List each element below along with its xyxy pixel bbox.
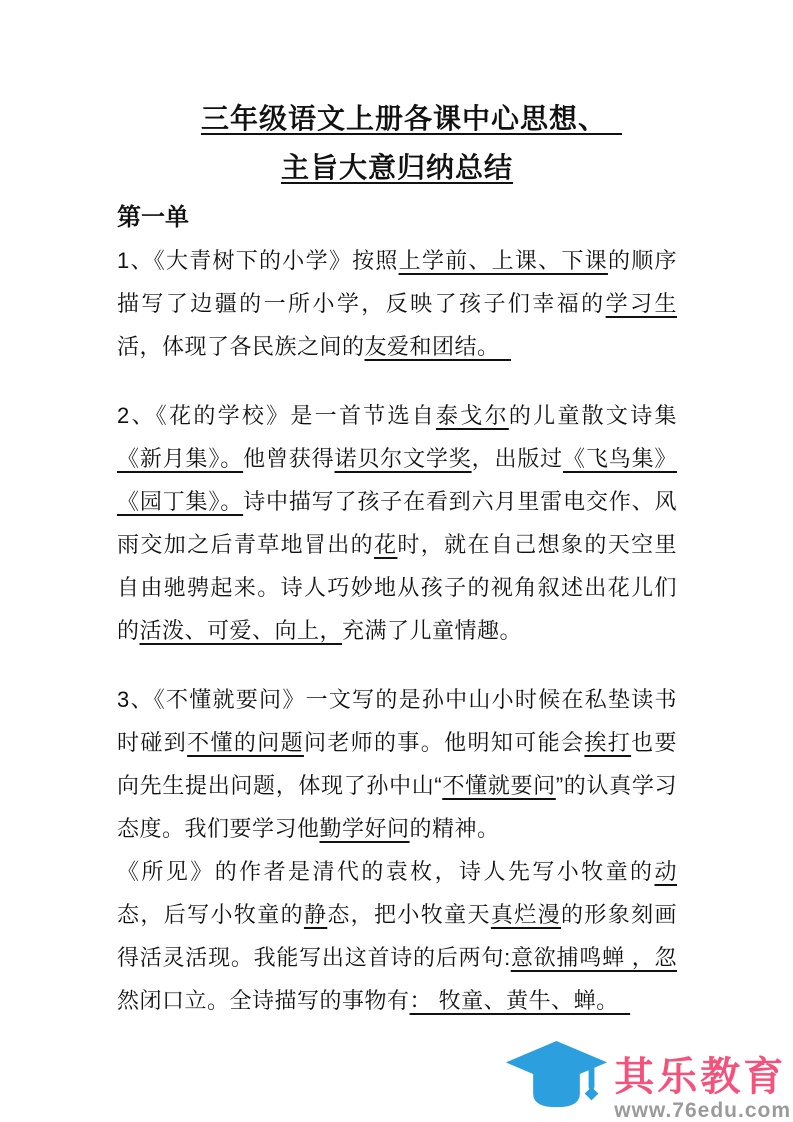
text-segment: 诺贝尔文学奖 [335,446,472,471]
logo-name: 其乐教育 [614,1055,791,1099]
text-segment: ，出版过 [472,446,563,471]
document-content: 三年级语文上册各课中心思想、 主旨大意归纳总结 第一单 1、《大青树下的小学》按… [117,94,677,1022]
text-segment: 全诗描写的事物有 [230,988,410,1013]
text-segment: 勤学好问 [320,816,410,841]
text-segment: 不懂的问题 [187,730,304,755]
doc-title: 三年级语文上册各课中心思想、 主旨大意归纳总结 [117,94,677,192]
text-segment: 挨打 [584,730,631,755]
text-segment: 《花的学校》 [156,403,291,428]
text-segment: 是一首节选自 [290,403,436,428]
site-logo: 其乐教育 www.76edu.com [503,1035,791,1122]
text-segment: 《所见》 [117,859,215,884]
text-segment: 学习生 [606,291,677,316]
graduation-cap-icon [503,1035,610,1121]
text-segment: 态，把小牧童天 [327,902,491,927]
logo-url: www.76edu.com [614,1099,791,1122]
text-segment: 意欲捕鸣蝉 ，忽 [511,945,677,970]
text-segment: ： 牧童、黄牛、蝉。 [410,988,631,1013]
text-segment: 《不懂就要问》 [154,687,306,712]
paragraph-lesson-3: 3、《不懂就要问》一文写的是孙中山小时候在私垫读书时碰到不懂的问题问老师的事。他… [117,678,677,850]
text-segment: 的作者是清代的袁枚，诗人先写小牧童的 [215,859,655,884]
text-segment: 花 [374,532,397,557]
text-segment: 友爱和团结。 [365,334,512,359]
text-segment: 的精神。 [410,816,500,841]
text-segment: 真烂漫 [491,902,561,927]
text-segment: 上学前、上课、下课 [399,248,608,273]
doc-title-line-2: 主旨大意归纳总结 [117,143,677,192]
logo-text: 其乐教育 www.76edu.com [614,1055,791,1122]
text-segment: 泰戈尔 [436,403,509,428]
text-segment: 《新月集》。 [117,446,243,471]
text-segment: 2、 [117,403,156,428]
document-page: 三年级语文上册各课中心思想、 主旨大意归纳总结 第一单 1、《大青树下的小学》按… [0,0,793,1122]
text-segment: 的儿童散文诗集 [509,403,677,428]
paragraph-lesson-1: 1、《大青树下的小学》按照上学前、上课、下课的顺序描写了边疆的一所小学，反映了孩… [117,239,677,368]
text-segment: 1、《大青树下的小学》按照 [117,248,399,273]
text-segment: 活泼、可爱、向上， [140,618,343,643]
paragraph-poem-suojian: 《所见》的作者是清代的袁枚，诗人先写小牧童的动态，后写小牧童的静态，把小牧童天真… [117,850,677,1022]
text-segment: 问老师的事。他明知可能会 [304,730,584,755]
text-segment: 3、 [117,687,154,712]
text-segment: 他曾获得 [243,446,334,471]
section-heading: 第一单 [117,196,677,239]
text-segment: 主旨大意归纳总结 [281,152,513,183]
paragraph-lesson-2: 2、《花的学校》是一首节选自泰戈尔的儿童散文诗集《新月集》。他曾获得诺贝尔文学奖… [117,394,677,652]
text-segment: 三年级语文上册各课中心思想、 [201,103,622,134]
text-segment: 活，体现了各民族之间的 [117,334,365,359]
text-segment: 然闭口立。 [117,988,230,1013]
text-segment: 充满了儿童情趣。 [342,618,522,643]
text-segment: 不懂就要问 [442,773,556,798]
text-segment: 动 [654,859,677,884]
text-segment: 态，后写小牧童的 [117,902,304,927]
doc-title-line-1: 三年级语文上册各课中心思想、 [117,94,677,143]
text-segment: 静 [304,902,327,927]
